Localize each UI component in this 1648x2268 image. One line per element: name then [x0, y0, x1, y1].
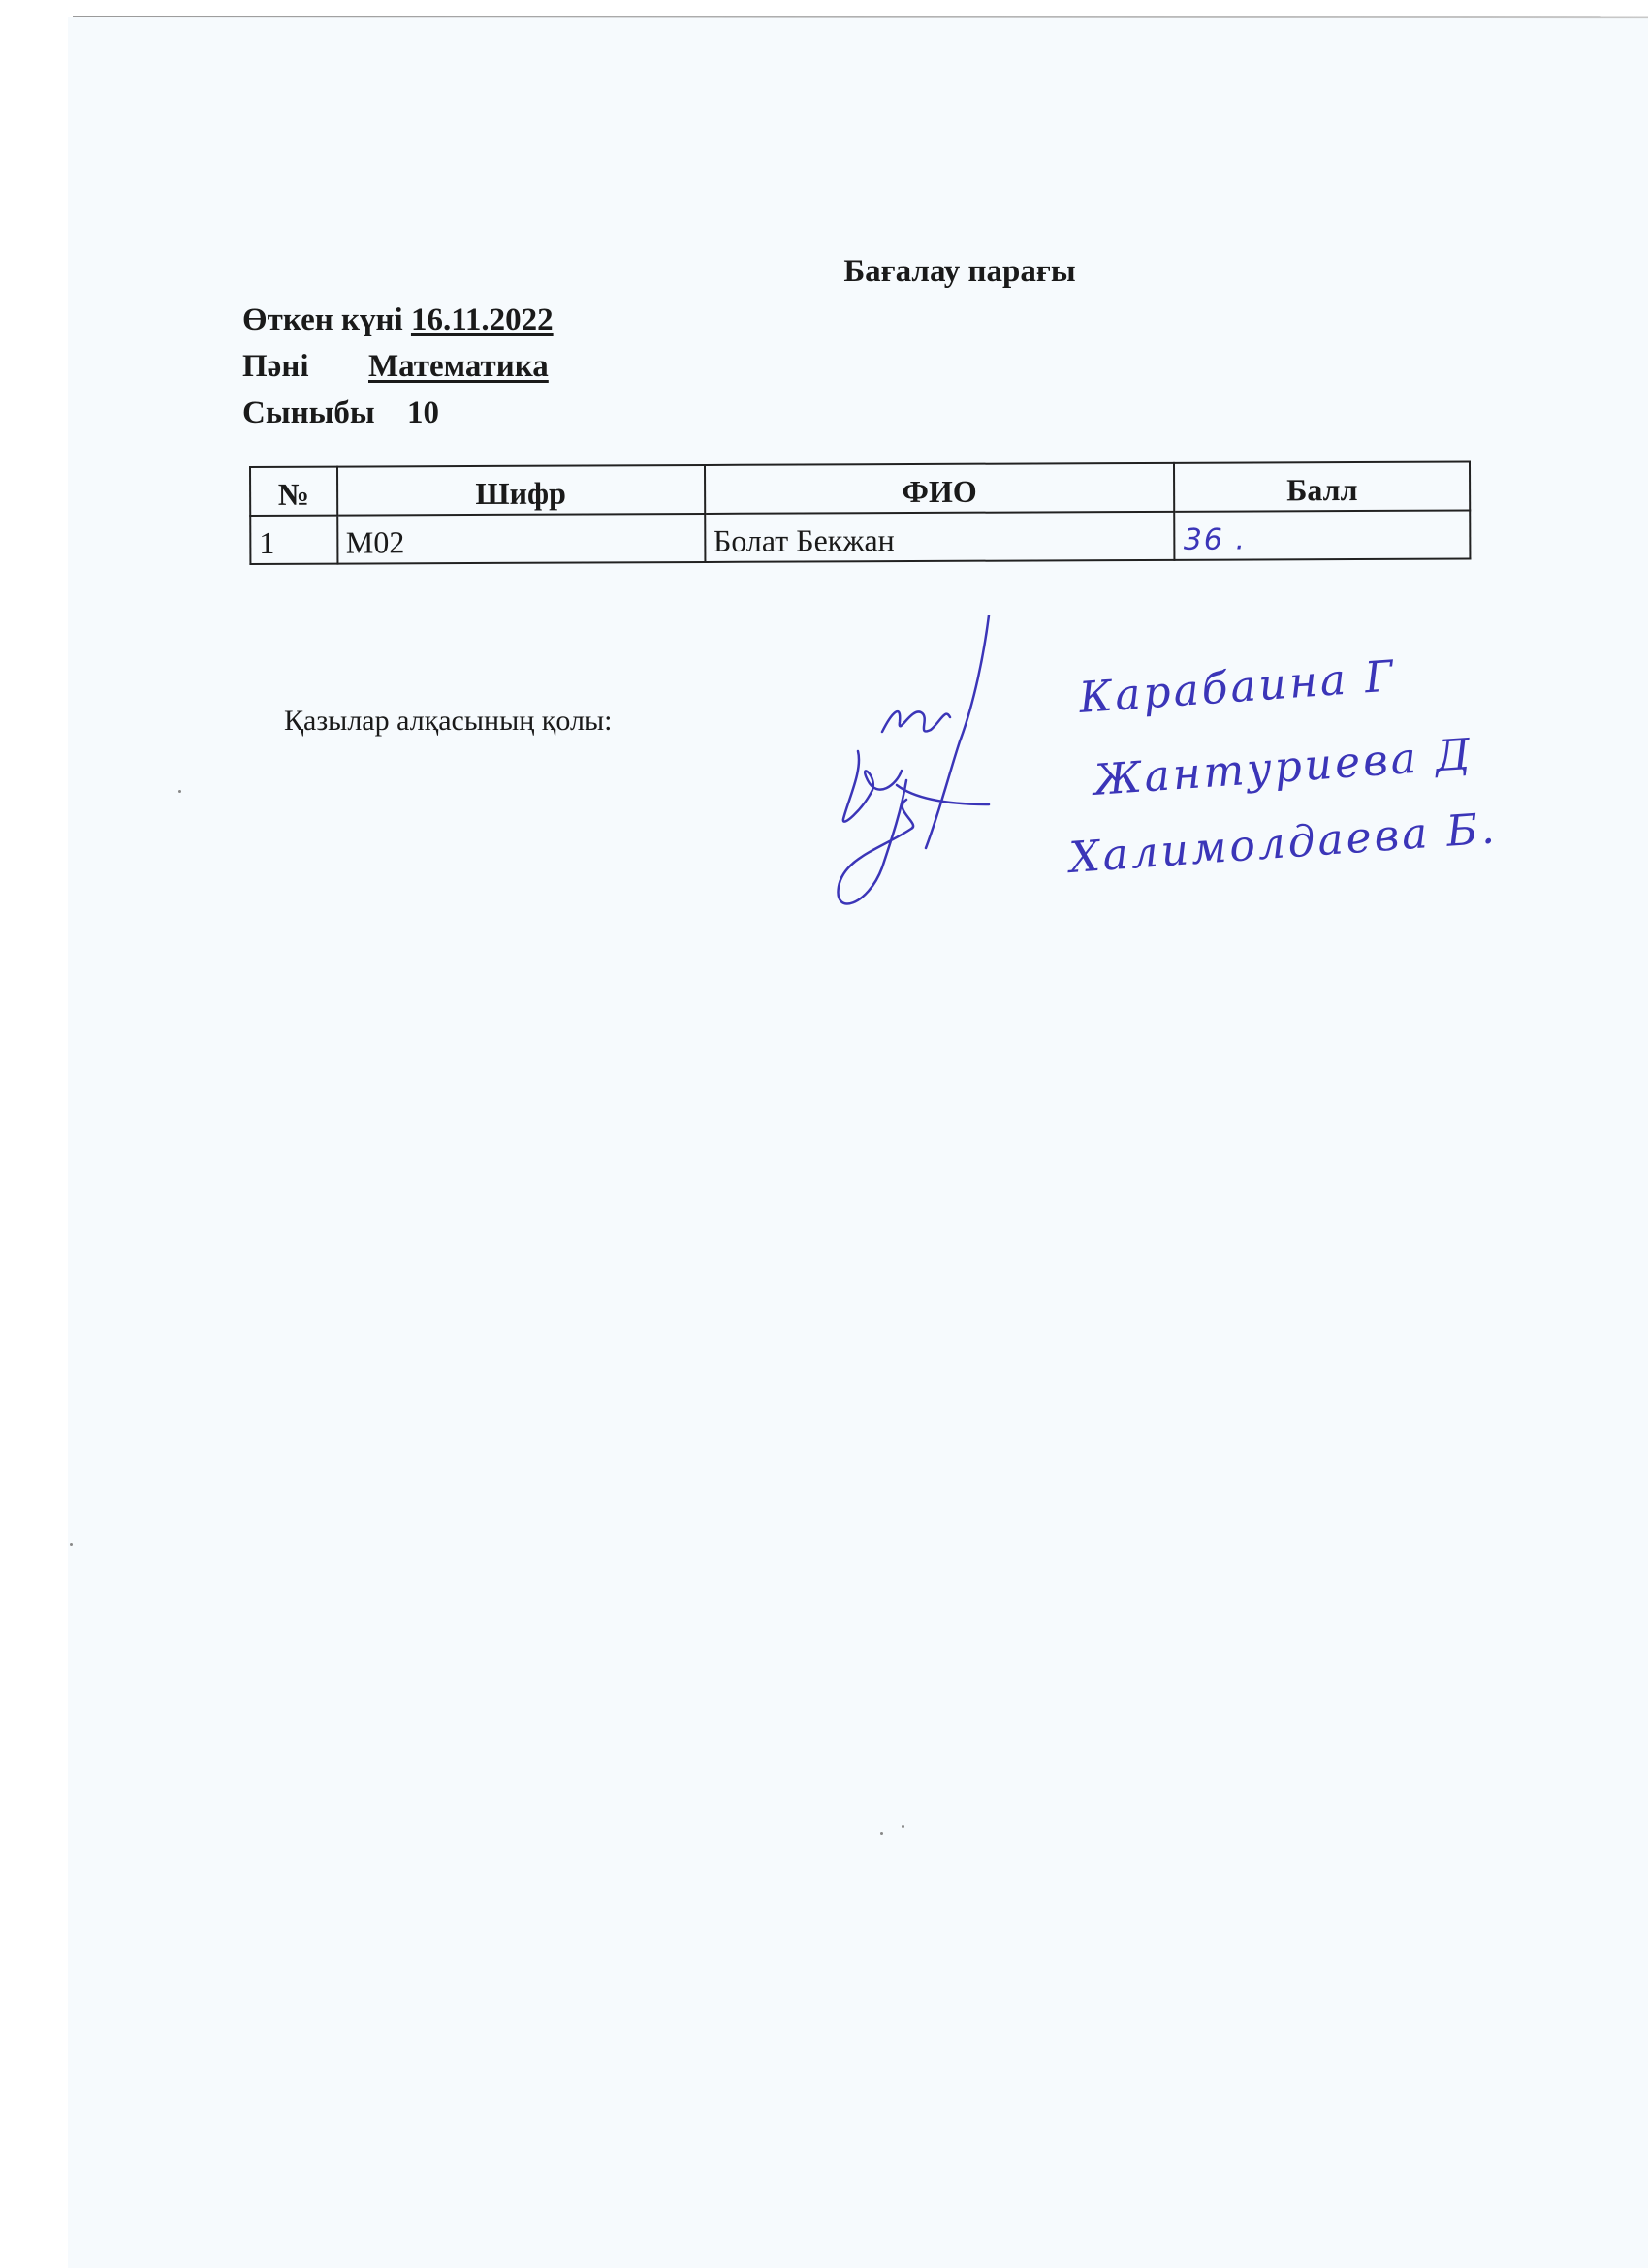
- scan-speck: [902, 1825, 904, 1828]
- class-label: Сыныбы: [242, 395, 407, 431]
- table-row: 1 М02 Болат Бекжан 36 .: [250, 511, 1470, 564]
- scan-speck: [70, 1543, 73, 1546]
- cell-number: 1: [250, 516, 337, 564]
- scan-speck: [178, 790, 181, 793]
- header-code: Шифр: [337, 465, 705, 516]
- header-number: №: [250, 467, 337, 516]
- subject-line: ПәніМатематика: [242, 349, 549, 385]
- handwritten-score: 36 .: [1184, 523, 1247, 557]
- header-name: ФИО: [705, 463, 1175, 514]
- document-title: Бағалау парағы: [0, 254, 1648, 290]
- jury-signatures-label: Қазылар алқасының қолы:: [284, 705, 612, 738]
- cell-name: Болат Бекжан: [705, 512, 1175, 562]
- date-value: 16.11.2022: [411, 302, 554, 337]
- date-label: Өткен күні: [242, 302, 403, 337]
- date-line: Өткен күні 16.11.2022: [242, 302, 554, 338]
- header-score: Балл: [1174, 462, 1470, 512]
- class-value: 10: [407, 395, 439, 430]
- cell-code: М02: [337, 514, 705, 564]
- class-line: Сыныбы10: [242, 395, 439, 431]
- subject-value: Математика: [368, 349, 549, 384]
- grades-table: № Шифр ФИО Балл 1 М02 Болат Бекжан 36 .: [249, 461, 1471, 565]
- scan-speck: [880, 1832, 883, 1835]
- table-header-row: № Шифр ФИО Балл: [250, 462, 1470, 516]
- subject-label: Пәні: [242, 349, 368, 385]
- signature-block: Карабаина Г Жантуриева Д Халимолдаева Б.: [824, 615, 1619, 926]
- cell-score: 36 .: [1175, 511, 1471, 560]
